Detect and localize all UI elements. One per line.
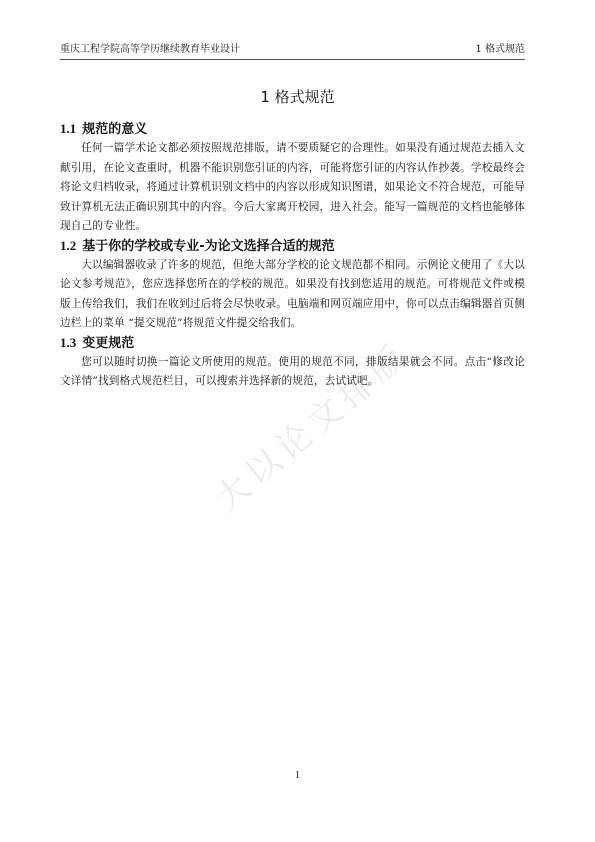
section-1-2: 1.2基于你的学校或专业-为论文选择合适的规范 大以编辑器收录了许多的规范，但绝…	[60, 237, 525, 334]
chapter-title: 1 格式规范	[0, 86, 595, 107]
header-chapter: 1 格式规范	[475, 44, 525, 56]
section-title: 基于你的学校或专业-为论文选择合适的规范	[82, 239, 334, 254]
page-number: 1	[0, 770, 595, 781]
section-paragraph: 大以编辑器收录了许多的规范，但绝大部分学校的论文规范都不相同。示例论文使用了《大…	[60, 256, 525, 334]
section-1-3: 1.3变更规范 您可以随时切换一篇论文所使用的规范。使用的规范不同，排版结果就会…	[60, 334, 525, 392]
section-title: 规范的意义	[82, 122, 147, 137]
section-1-1: 1.1规范的意义 任何一篇学术论文都必须按照规范排版，请不要质疑它的合理性。如果…	[60, 120, 525, 237]
section-heading: 1.2基于你的学校或专业-为论文选择合适的规范	[60, 237, 525, 256]
section-heading: 1.1规范的意义	[60, 120, 525, 139]
document-body: 1.1规范的意义 任何一篇学术论文都必须按照规范排版，请不要质疑它的合理性。如果…	[60, 120, 525, 392]
section-number: 1.1	[60, 121, 76, 136]
page-header: 重庆工程学院高等学历继续教育毕业设计 1 格式规范	[60, 44, 525, 60]
section-number: 1.3	[60, 335, 76, 350]
section-title: 变更规范	[82, 336, 134, 351]
header-institution: 重庆工程学院高等学历继续教育毕业设计	[60, 44, 240, 56]
section-number: 1.2	[60, 238, 76, 253]
section-paragraph: 您可以随时切换一篇论文所使用的规范。使用的规范不同，排版结果就会不同。点击“修改…	[60, 353, 525, 392]
section-paragraph: 任何一篇学术论文都必须按照规范排版，请不要质疑它的合理性。如果没有通过规范去插入…	[60, 139, 525, 237]
section-heading: 1.3变更规范	[60, 334, 525, 353]
